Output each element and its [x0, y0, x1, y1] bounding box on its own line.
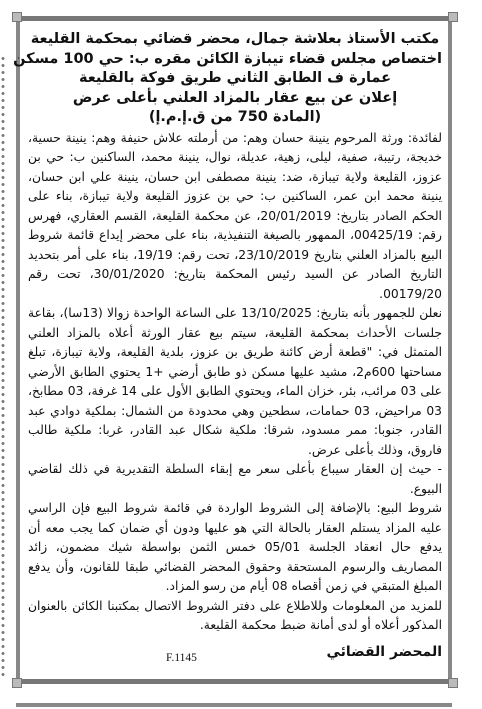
paragraph-sale-conditions: شروط البيع: بالإضافة إلى الشروط الواردة …: [28, 499, 442, 597]
header-line-jurisdiction: اختصاص مجلس قضاء تيبازة الكائن مقره ب: ح…: [28, 50, 442, 70]
reference-code: F.1145: [166, 652, 197, 664]
paragraph-parties: لفائدة: ورثة المرحوم ينينة حسان وهم: من …: [28, 129, 442, 305]
next-notice-border: [16, 703, 452, 709]
legal-notice: مكتب الأستاذ بعلاشة جمال، محضر قضائي بمح…: [28, 30, 442, 676]
paragraph-price-note: - حيث إن العقار سيباع بأعلى سعر مع إبقاء…: [28, 460, 442, 499]
signature: المحضر القضائي: [326, 644, 442, 660]
frame-corner-ornament: [448, 678, 458, 688]
notice-body: لفائدة: ورثة المرحوم ينينة حسان وهم: من …: [28, 129, 442, 636]
notice-footer: المحضر القضائي F.1145: [28, 638, 442, 676]
notice-title: إعلان عن بيع عقار بالمزاد العلني بأعلى ع…: [28, 89, 442, 109]
frame-corner-ornament: [12, 12, 22, 22]
header-line-address: عمارة ف الطابق الثاني طريق فوكة بالقليعة: [28, 69, 442, 89]
frame-corner-ornament: [448, 12, 458, 22]
notice-legal-article: (المادة 750 من ق.إ.م.إ): [28, 108, 442, 128]
header-line-office: مكتب الأستاذ بعلاشة جمال، محضر قضائي بمح…: [28, 30, 442, 50]
page-edge-perforation: [0, 55, 6, 680]
paragraph-contact-info: للمزيد من المعلومات وللاطلاع على دفتر ال…: [28, 597, 442, 636]
frame-corner-ornament: [12, 678, 22, 688]
paragraph-auction-details: نعلن للجمهور بأنه بتاريخ: 13/10/2025 على…: [28, 304, 442, 460]
notice-header: مكتب الأستاذ بعلاشة جمال، محضر قضائي بمح…: [28, 30, 442, 128]
